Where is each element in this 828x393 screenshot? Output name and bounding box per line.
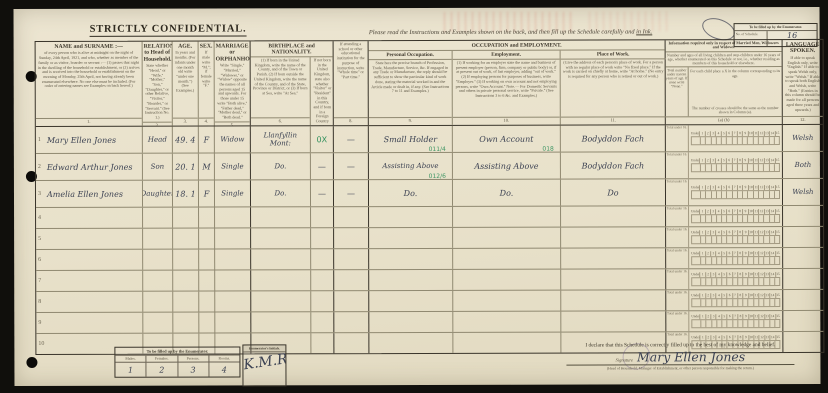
cell-language bbox=[783, 311, 823, 331]
header-relationship: RELATIONSHIP to Head of Household. State… bbox=[143, 42, 173, 126]
cell-name: 8 bbox=[36, 292, 143, 312]
name-value: Mary Ellen Jones bbox=[47, 135, 116, 144]
name-value: Edward Arthur Jones bbox=[47, 162, 133, 171]
cell-education: — bbox=[334, 126, 369, 152]
cell-age: 18. 1 bbox=[173, 181, 199, 207]
cell-marriage: Single bbox=[215, 153, 251, 179]
summary-value: 1 bbox=[115, 363, 146, 377]
cell-occupation bbox=[369, 333, 453, 353]
cell-relationship: Son bbox=[143, 154, 173, 180]
cell-age bbox=[173, 229, 199, 249]
cell-nationality: 0X bbox=[311, 126, 334, 152]
cell-employment: Assisting Above bbox=[453, 153, 561, 179]
signature-label: Signature bbox=[616, 357, 633, 362]
cell-occupation bbox=[369, 291, 453, 311]
cell-occupation bbox=[369, 249, 453, 269]
ink-bleed-mark bbox=[444, 12, 574, 32]
row-number: 3 bbox=[38, 191, 45, 197]
header-marriage: MARRIAGE or ORPHANHOOD. Write "Single," … bbox=[215, 41, 251, 125]
summary-col-header: Rooms. bbox=[209, 355, 239, 362]
age-tick-box bbox=[775, 257, 779, 264]
cell-language: Welsh bbox=[783, 125, 823, 151]
cell-employment bbox=[453, 228, 561, 248]
cell-sex bbox=[199, 229, 215, 249]
cell-marriage bbox=[215, 228, 251, 248]
cell-sex bbox=[199, 292, 215, 312]
declaration-block: I declare that this Schedule is correctl… bbox=[552, 342, 808, 371]
children-ages-grid: Total under 16.Under one1234567891011121… bbox=[666, 152, 782, 178]
cell-nationality: — bbox=[311, 180, 334, 206]
cell-nationality bbox=[311, 228, 334, 248]
cell-sex: F bbox=[199, 127, 215, 153]
children-ages-grid: Total under 16.Under one1234567891011121… bbox=[666, 290, 782, 310]
cell-occupation bbox=[369, 312, 453, 332]
row-number: 8 bbox=[38, 299, 45, 305]
cell-employment: Do. bbox=[453, 180, 561, 206]
cell-birthplace bbox=[251, 249, 311, 269]
occupation-code: 012/6 bbox=[429, 173, 446, 179]
cell-language bbox=[783, 290, 823, 310]
row-number: 2 bbox=[38, 164, 45, 170]
cell-relationship bbox=[143, 292, 173, 312]
children-ages-grid: Total under 16.Under one1234567891011121… bbox=[666, 206, 782, 226]
name-value: Amelia Ellen Jones bbox=[47, 189, 123, 198]
table-row: 4 Total under 16.Under one12345678910111… bbox=[36, 206, 823, 229]
cell-place-of-work: Do bbox=[561, 179, 666, 205]
photo-background: STRICTLY CONFIDENTIAL. Please read the I… bbox=[0, 0, 828, 393]
cell-education: — bbox=[334, 180, 369, 206]
header-age: AGE. In years and months. (For infants u… bbox=[173, 42, 199, 126]
children-total-cell: Total under 16. bbox=[666, 311, 689, 331]
cell-birthplace bbox=[251, 228, 311, 248]
table-row: 2Edward Arthur Jones Son 20. 1 M Single … bbox=[36, 152, 823, 181]
enumerator-initials-box: Enumerator's Initials. K.M.R. bbox=[242, 344, 286, 386]
cell-place-of-work bbox=[561, 311, 666, 331]
children-total-cell: Total under 16. bbox=[666, 152, 689, 178]
cell-employment: Own Account018 bbox=[453, 126, 561, 152]
cell-education: — bbox=[334, 153, 369, 179]
table-header: NAME and SURNAME :— of every person who … bbox=[36, 40, 823, 127]
summary-value: 2 bbox=[147, 363, 178, 377]
cell-place-of-work bbox=[561, 227, 666, 247]
cell-nationality bbox=[311, 312, 334, 332]
summary-value: 3 bbox=[178, 363, 209, 377]
table-row: 6 Total under 16.Under one12345678910111… bbox=[36, 248, 823, 271]
children-total-cell: Total under 16. bbox=[666, 227, 689, 247]
cell-language: Welsh bbox=[783, 179, 823, 205]
cell-nationality bbox=[311, 207, 334, 227]
cell-age: 49. 4 bbox=[173, 127, 199, 153]
header-occupation-group: OCCUPATION and EMPLOYMENT. Personal Occu… bbox=[369, 40, 666, 125]
census-table: NAME and SURNAME :— of every person who … bbox=[35, 39, 825, 355]
header-nationality: If not born in the United Kingdom, state… bbox=[311, 57, 334, 125]
cell-children-ages: Total under 16.Under one1234567891011121… bbox=[666, 206, 783, 226]
cell-name: 1Mary Ellen Jones bbox=[36, 127, 143, 153]
row-number: 4 bbox=[38, 215, 45, 221]
age-tick-box bbox=[692, 191, 701, 198]
cell-place-of-work bbox=[561, 248, 666, 268]
row-number: 1 bbox=[38, 137, 45, 143]
children-ages-grid: Total under 16.Under one1234567891011121… bbox=[666, 269, 782, 289]
cell-relationship: Daughter bbox=[143, 181, 173, 207]
cell-occupation: Assisting Above012/6 bbox=[369, 153, 453, 179]
cell-children-ages: Total under 16.Under one1234567891011121… bbox=[666, 248, 783, 268]
cell-employment bbox=[453, 207, 561, 227]
cell-birthplace bbox=[251, 312, 311, 332]
cell-employment bbox=[453, 291, 561, 311]
header-place-of-work: Place of Work. (Give the address of each… bbox=[561, 50, 666, 124]
row-number: 9 bbox=[38, 320, 45, 326]
cell-language: Both bbox=[783, 152, 823, 178]
occupation-code: 011/4 bbox=[429, 146, 446, 152]
table-row: 9 Total under 16.Under one12345678910111… bbox=[36, 311, 823, 334]
table-row: 8 Total under 16.Under one12345678910111… bbox=[36, 290, 823, 313]
cell-name: 5 bbox=[36, 229, 143, 249]
cell-children-ages: Total under 16.Under one1234567891011121… bbox=[666, 290, 783, 310]
cell-employment bbox=[453, 270, 561, 290]
age-tick-box bbox=[775, 215, 779, 222]
header-education: If attending a school or other education… bbox=[334, 41, 369, 125]
cell-nationality bbox=[311, 270, 334, 290]
row-number: 6 bbox=[38, 257, 45, 263]
cell-marriage bbox=[215, 249, 251, 269]
table-row: 7 Total under 16.Under one12345678910111… bbox=[36, 269, 823, 292]
cell-nationality bbox=[311, 249, 334, 269]
cell-children-ages: Total under 16.Under one1234567891011121… bbox=[666, 179, 783, 205]
cell-name: 7 bbox=[36, 271, 143, 291]
cell-relationship bbox=[143, 271, 173, 291]
header-birthplace-group: BIRTHPLACE and NATIONALITY. (1) If born … bbox=[251, 41, 334, 125]
cell-sex bbox=[199, 250, 215, 270]
cell-nationality bbox=[311, 291, 334, 311]
age-tick-box bbox=[775, 278, 779, 285]
cell-employment bbox=[453, 249, 561, 269]
age-tick-box bbox=[692, 278, 701, 285]
children-total-cell: Total under 16. bbox=[666, 206, 689, 226]
cell-marriage bbox=[215, 312, 251, 332]
age-tick-box bbox=[692, 299, 701, 306]
declaration-text: I declare that this Schedule is correctl… bbox=[552, 342, 808, 349]
census-schedule-document: STRICTLY CONFIDENTIAL. Please read the I… bbox=[14, 7, 821, 386]
header-birthplace: (1) If born in the United Kingdom, write… bbox=[251, 57, 311, 125]
cell-employment bbox=[453, 333, 561, 353]
cell-sex bbox=[199, 271, 215, 291]
punch-hole bbox=[26, 357, 37, 368]
summary-value: 4 bbox=[209, 362, 239, 376]
cell-age bbox=[173, 250, 199, 270]
cell-occupation: Small Holder011/4 bbox=[369, 126, 453, 152]
cell-age: 20. 1 bbox=[173, 154, 199, 180]
cell-name: 3Amelia Ellen Jones bbox=[36, 181, 143, 207]
cell-language bbox=[783, 248, 823, 268]
cell-name: 4 bbox=[36, 208, 143, 228]
cell-occupation bbox=[369, 207, 453, 227]
age-tick-box bbox=[692, 320, 701, 327]
cell-place-of-work bbox=[561, 290, 666, 310]
age-tick-box bbox=[775, 191, 779, 198]
table-row: 3Amelia Ellen Jones Daughter 18. 1 F Sin… bbox=[36, 179, 823, 208]
cell-children-ages: Total under 16.Under one1234567891011121… bbox=[666, 125, 783, 151]
cell-sex bbox=[199, 313, 215, 333]
table-row: 1Mary Ellen Jones Head 49. 4 F Widow Lla… bbox=[36, 125, 823, 154]
cell-relationship bbox=[143, 250, 173, 270]
cell-occupation bbox=[369, 228, 453, 248]
age-tick-box bbox=[692, 164, 701, 171]
cell-sex: M bbox=[199, 154, 215, 180]
cell-children-ages: Total under 16.Under one1234567891011121… bbox=[666, 152, 783, 178]
cell-education bbox=[334, 207, 369, 227]
row-number: 7 bbox=[38, 278, 45, 284]
signature-value: Mary Ellen Jones bbox=[637, 349, 745, 364]
cell-name: 9 bbox=[36, 313, 143, 333]
age-tick-box bbox=[775, 236, 779, 243]
children-total-cell: Total under 16. bbox=[666, 269, 689, 289]
cell-employment bbox=[453, 312, 561, 332]
cell-marriage bbox=[215, 207, 251, 227]
cell-education bbox=[334, 333, 369, 353]
cell-sex: F bbox=[199, 181, 215, 207]
header-children-total: Total number under sixteen years of age.… bbox=[666, 68, 689, 117]
cell-birthplace: Do. bbox=[251, 153, 311, 179]
cell-place-of-work: Bodyddon Fach bbox=[561, 125, 666, 151]
cell-marriage bbox=[215, 291, 251, 311]
enumerator-initials: K.M.R. bbox=[243, 352, 287, 374]
cell-relationship bbox=[143, 229, 173, 249]
cell-age bbox=[173, 208, 199, 228]
cell-nationality bbox=[311, 333, 334, 353]
cell-place-of-work bbox=[561, 206, 666, 226]
cell-age bbox=[173, 271, 199, 291]
cell-birthplace: Do. bbox=[251, 180, 311, 206]
cell-name: 6 bbox=[36, 250, 143, 270]
employment-code: 018 bbox=[542, 146, 553, 152]
cell-relationship: Head bbox=[143, 127, 173, 153]
cell-education bbox=[334, 228, 369, 248]
header-sex: SEX. If male write "M."; if female write… bbox=[199, 42, 215, 126]
cell-education bbox=[334, 291, 369, 311]
enumerator-summary-table: To be filled up by the Enumerator. Males… bbox=[114, 346, 240, 377]
header-personal-occupation: Personal Occupation. State here the prec… bbox=[369, 51, 453, 125]
age-tick-box bbox=[692, 236, 701, 243]
cell-relationship bbox=[143, 208, 173, 228]
header-children-grid-instructions: For each child place a X in the column c… bbox=[689, 67, 782, 116]
cell-education bbox=[334, 249, 369, 269]
cell-name: 2Edward Arthur Jones bbox=[36, 154, 143, 180]
table-row: 5 Total under 16.Under one12345678910111… bbox=[36, 227, 823, 250]
cell-education bbox=[334, 270, 369, 290]
header-children-group: Information required only in respect of … bbox=[666, 40, 783, 124]
cell-age bbox=[173, 313, 199, 333]
cell-marriage: Single bbox=[215, 180, 251, 206]
cell-place-of-work bbox=[561, 269, 666, 289]
children-ages-grid: Total under 16.Under one1234567891011121… bbox=[666, 179, 782, 205]
children-ages-grid: Total under 16.Under one1234567891011121… bbox=[666, 125, 782, 151]
children-ages-grid: Total under 16.Under one1234567891011121… bbox=[666, 227, 782, 247]
cell-place-of-work: Bodyddon Fach bbox=[561, 152, 666, 178]
cell-relationship bbox=[143, 313, 173, 333]
age-tick-box bbox=[692, 215, 701, 222]
cell-marriage: Widow bbox=[215, 126, 251, 152]
cell-birthplace bbox=[251, 207, 311, 227]
cell-birthplace bbox=[251, 270, 311, 290]
cell-language bbox=[783, 206, 823, 226]
children-total-cell: Total under 16. bbox=[666, 248, 689, 268]
header-employment: Employment. (1) If working for an employ… bbox=[453, 51, 561, 125]
age-tick-box bbox=[692, 137, 701, 144]
row-number: 5 bbox=[38, 236, 45, 242]
cell-language bbox=[783, 269, 823, 289]
cell-children-ages: Total under 16.Under one1234567891011121… bbox=[666, 269, 783, 289]
cell-language bbox=[783, 227, 823, 247]
cell-occupation: Do. bbox=[369, 180, 453, 206]
ink-bleed-mark bbox=[589, 11, 669, 31]
cell-children-ages: Total under 16.Under one1234567891011121… bbox=[666, 311, 783, 331]
cell-children-ages: Total under 16.Under one1234567891011121… bbox=[666, 227, 783, 247]
children-total-cell: Total under 16. bbox=[666, 290, 689, 310]
children-ages-grid: Total under 16.Under one1234567891011121… bbox=[666, 311, 782, 331]
row-number: 10 bbox=[38, 341, 45, 347]
cell-occupation bbox=[369, 270, 453, 290]
cell-age bbox=[173, 292, 199, 312]
cell-nationality: — bbox=[311, 153, 334, 179]
age-tick-box bbox=[775, 299, 779, 306]
cell-birthplace bbox=[251, 291, 311, 311]
children-total-cell: Total under 16. bbox=[666, 179, 689, 205]
header-name: NAME and SURNAME :— of every person who … bbox=[36, 42, 143, 126]
cell-marriage bbox=[215, 270, 251, 290]
age-tick-box bbox=[775, 164, 779, 171]
children-ages-grid: Total under 16.Under one1234567891011121… bbox=[666, 248, 782, 268]
age-tick-box bbox=[775, 137, 779, 144]
header-language: LANGUAGE SPOKEN. If able to speak Englis… bbox=[783, 40, 823, 124]
cell-sex bbox=[199, 208, 215, 228]
cell-education bbox=[334, 312, 369, 332]
confidential-heading: STRICTLY CONFIDENTIAL. bbox=[90, 23, 247, 36]
cell-birthplace: Llanfyllin Mont: bbox=[251, 126, 311, 152]
children-total-cell: Total under 16. bbox=[666, 125, 689, 151]
declaration-note: (Head of Household, Manager of Establish… bbox=[552, 366, 808, 371]
age-tick-box bbox=[775, 320, 779, 327]
age-tick-box bbox=[692, 257, 701, 264]
